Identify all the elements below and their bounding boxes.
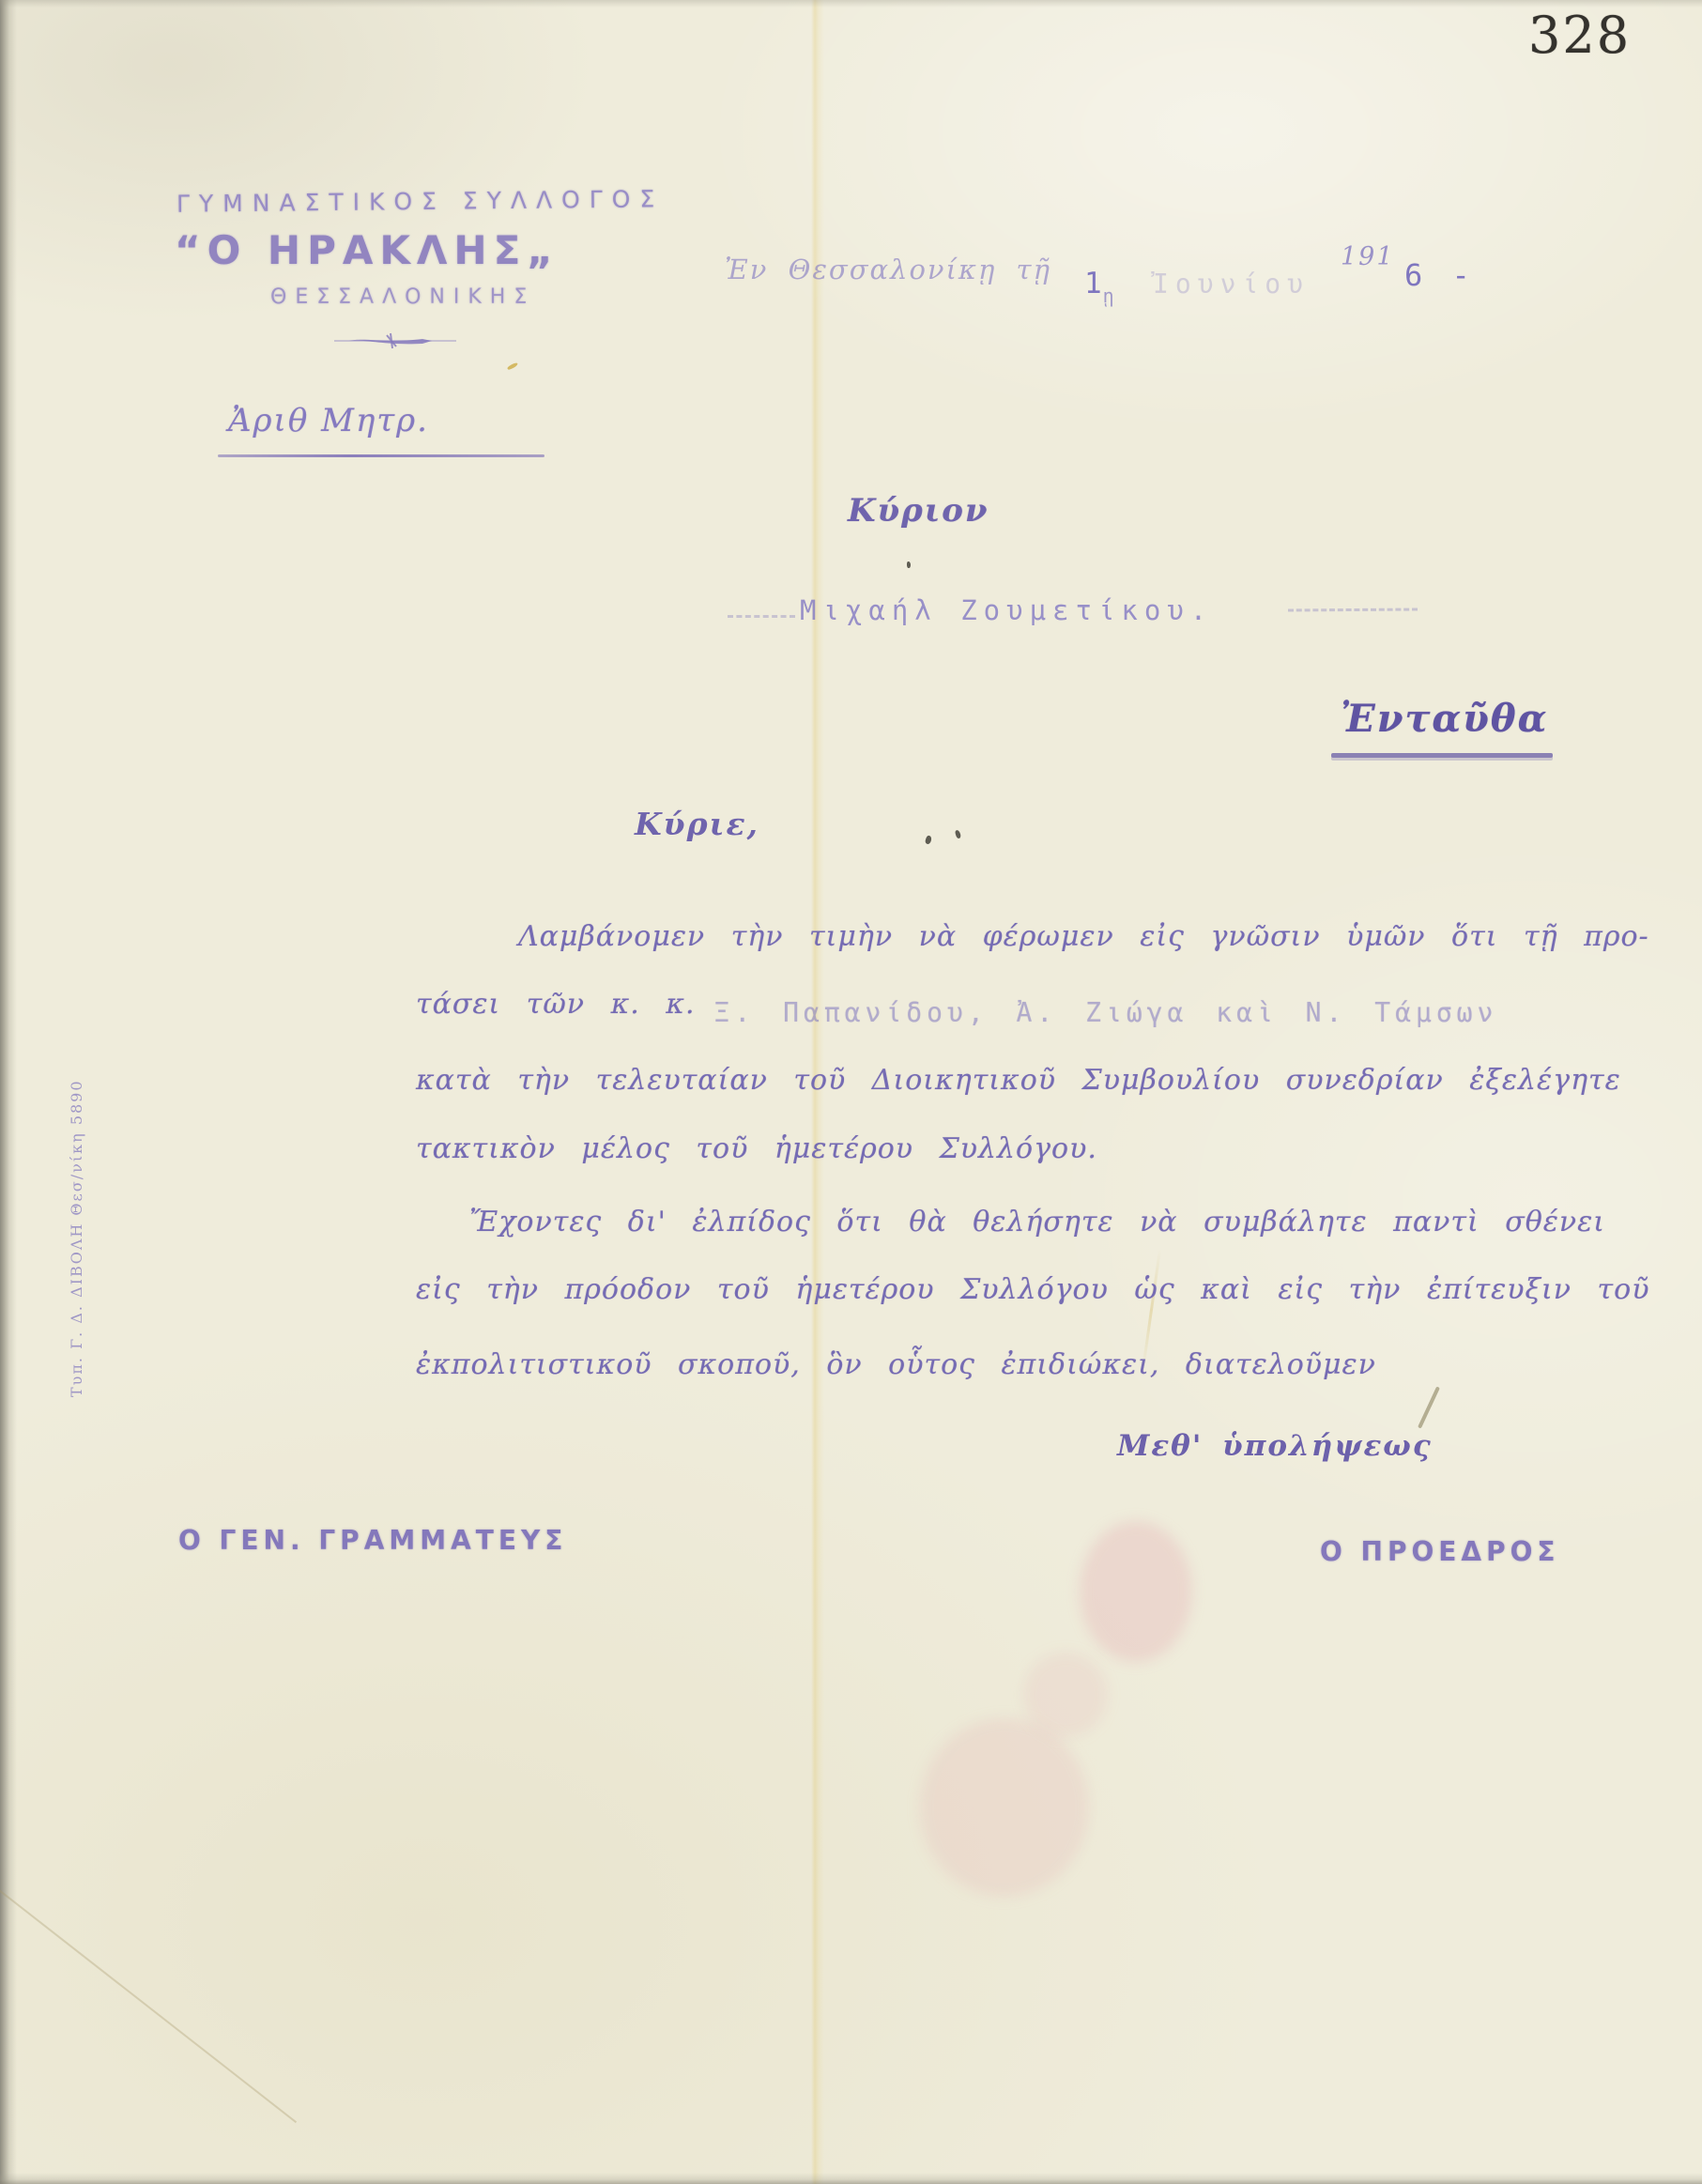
recipient-title: Κύριον: [848, 492, 989, 530]
recipient-location: Ἐνταῦθα: [1341, 697, 1548, 741]
scan-edge-left: [0, 0, 17, 2184]
stamp-remnant-3: [1023, 1653, 1108, 1737]
archive-page-number: 328: [1528, 6, 1631, 65]
printer-imprint: Τυπ. Γ. Δ. ΔΙΒΟΛΗ Θεσ/νίκη 5890: [68, 1079, 85, 1397]
body-line-4: τακτικὸν μέλος τοῦ ἡμετέρου Συλλόγου.: [416, 1132, 1097, 1165]
president-signature-label: Ο ΠΡΟΕΔΡΟΣ: [1320, 1536, 1560, 1567]
paper-speck-yellow: [507, 361, 518, 370]
body-line-2-typed-names: Ξ. Παπανίδου, Ἀ. Ζιώγα καὶ Ν. Τάμσων: [714, 997, 1498, 1028]
stamp-remnant-2: [920, 1718, 1089, 1897]
registry-number-label: Ἀριθ Μητρ.: [228, 402, 429, 439]
letterhead-city: ΘΕΣΣΑΛΟΝΙΚΗΣ: [270, 285, 535, 309]
recipient-location-underline: [1331, 753, 1553, 758]
date-day-suffix: ῃ: [1103, 285, 1115, 307]
ink-speck-3: [907, 561, 911, 568]
paper-fiber-mark: [1418, 1386, 1440, 1428]
date-month: Ἰουνίου: [1153, 269, 1310, 300]
paper-crease-diagonal: [0, 1879, 297, 2123]
body-line-5: Ἔχοντες δι' ἐλπίδος ὅτι θὰ θελήσητε νὰ σ…: [469, 1206, 1605, 1238]
scanned-letter-page: 328 ΓΥΜΝΑΣΤΙΚΟΣ ΣΥΛΛΟΓΟΣ “Ο ΗΡΑΚΛΗΣ„ ΘΕΣ…: [0, 0, 1702, 2184]
body-line-2: τάσει τῶν κ. κ.Ξ. Παπανίδου, Ἀ. Ζιώγα κα…: [416, 988, 1497, 1021]
dotted-line-right-of-name: [1288, 608, 1418, 612]
scan-edge-bottom: [0, 2173, 1702, 2184]
date-day: 1ῃ: [1084, 267, 1115, 300]
scan-edge-top: [0, 0, 1702, 8]
date-year-printed: 191: [1341, 242, 1395, 271]
body-line-1: Λαμβάνομεν τὴν τιμὴν νὰ φέρωμεν εἰς γνῶσ…: [518, 920, 1649, 953]
recipient-name: Μιχαήλ Ζουμετίκου.: [800, 594, 1213, 626]
dotted-line-left-of-name: [728, 615, 795, 618]
secretary-signature-label: Ο ΓΕΝ. ΓΡΑΜΜΑΤΕΥΣ: [178, 1525, 567, 1556]
salutation: Κύριε,: [635, 806, 759, 842]
date-day-number: 1: [1084, 267, 1103, 300]
closing-phrase: Μεθ' ὑπολήψεως: [1117, 1429, 1433, 1463]
body-line-3: κατὰ τὴν τελευταίαν τοῦ Διοικητικοῦ Συμβ…: [416, 1064, 1621, 1097]
date-year-typed: 6 -: [1404, 257, 1476, 293]
body-line-6: εἰς τὴν πρόοδον τοῦ ἡμετέρου Συλλόγου ὡς…: [416, 1273, 1649, 1306]
letterhead-club-type: ΓΥΜΝΑΣΤΙΚΟΣ ΣΥΛΛΟΓΟΣ: [176, 185, 664, 217]
date-place: Ἐν Θεσσαλονίκῃ τῇ: [725, 254, 1051, 285]
registry-number-underline: [218, 454, 544, 457]
letterhead-club-name: “Ο ΗΡΑΚΛΗΣ„: [175, 227, 560, 273]
body-line-7: ἐκπολιτιστικοῦ σκοποῦ, ὃν οὗτος ἐπιδιώκε…: [416, 1348, 1376, 1381]
letterhead-arrow-ornament: [334, 331, 456, 355]
ink-speck-2: [955, 830, 961, 839]
ink-speck-1: [925, 835, 933, 845]
stamp-remnant-1: [1080, 1521, 1192, 1662]
body-line-2-printed: τάσει τῶν κ. κ.: [416, 988, 696, 1021]
